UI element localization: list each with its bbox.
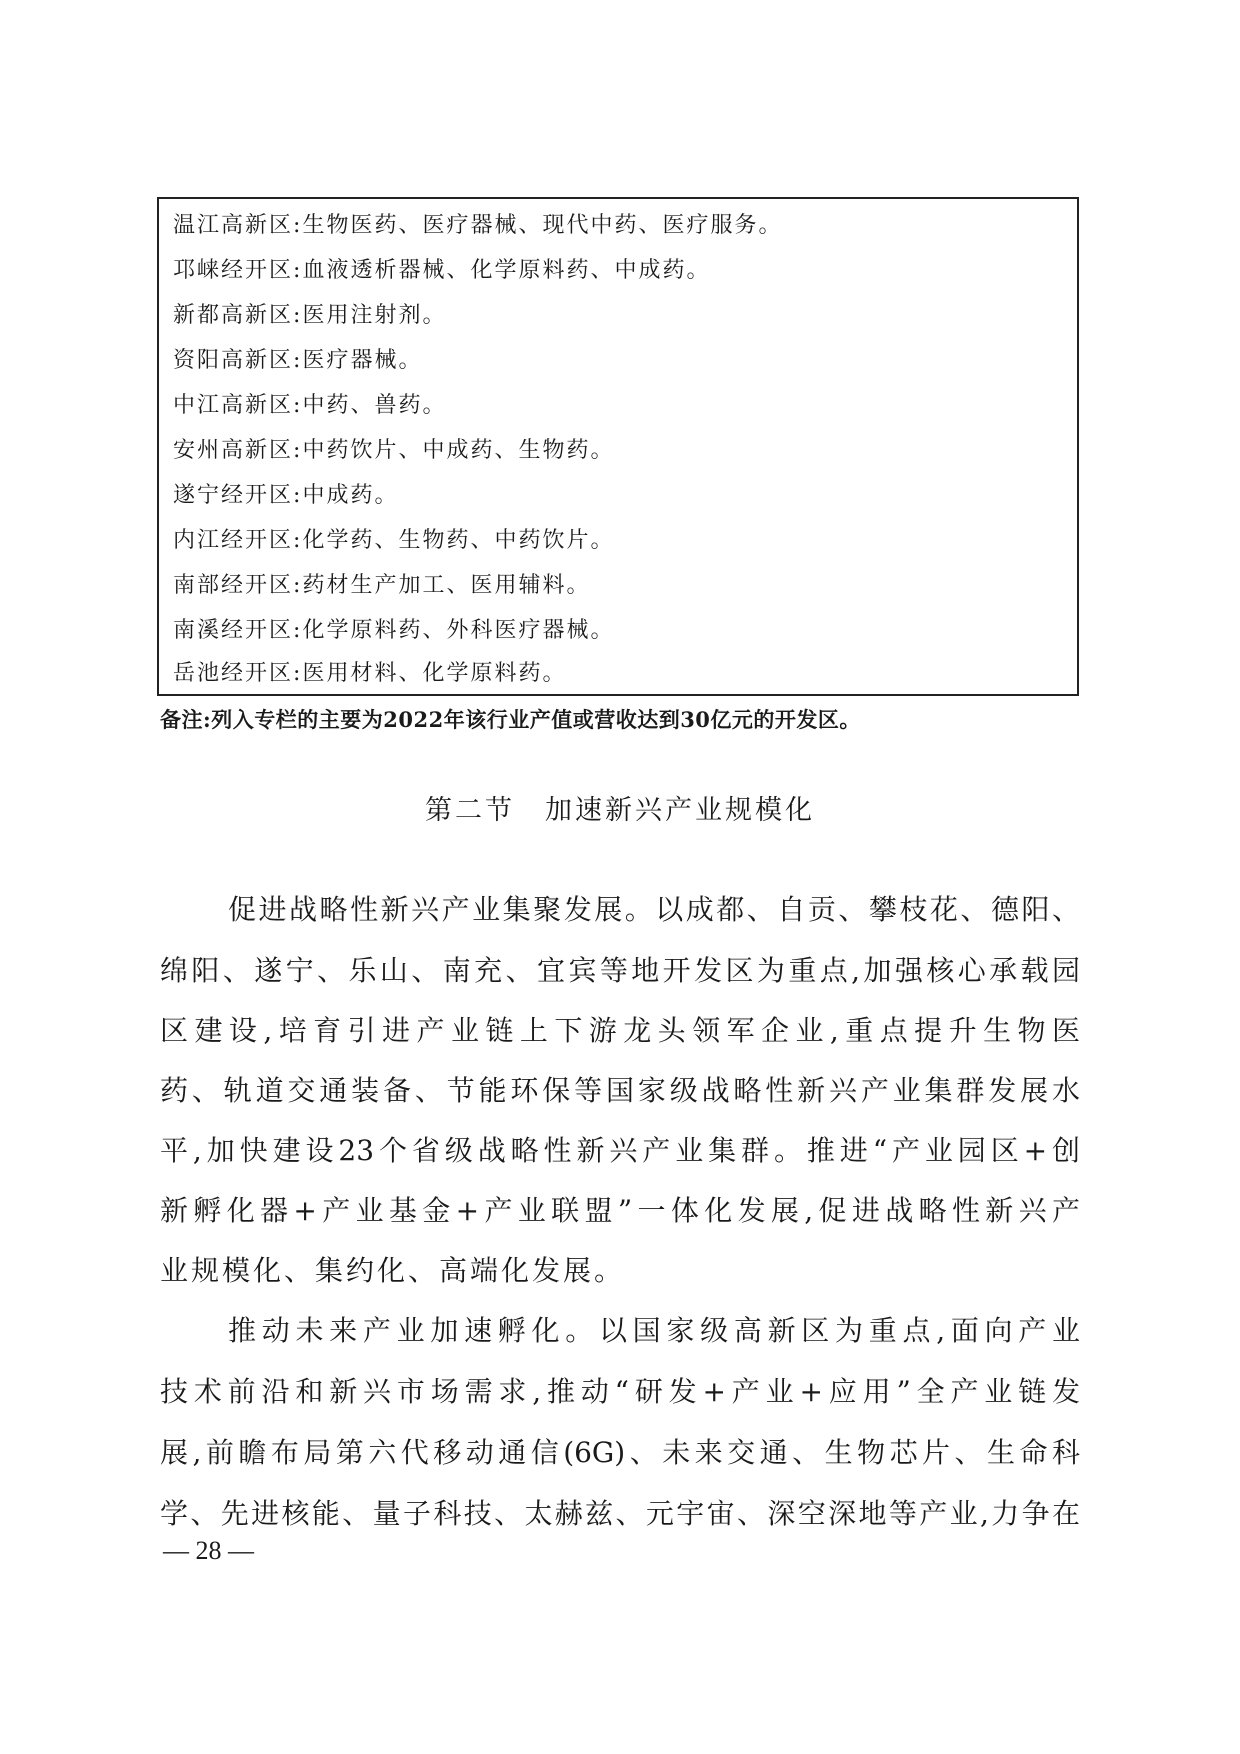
- paragraph-line: 新孵化器+产业基金+产业联盟”一体化发展,促进战略性新兴产: [160, 1193, 1080, 1229]
- zone-industries: 生物医药、医疗器械、现代中药、医疗服务。: [302, 213, 782, 238]
- paragraph-line: 业规模化、集约化、高端化发展。: [160, 1253, 1080, 1289]
- paragraph-line: 学、先进核能、量子科技、太赫兹、元宇宙、深空深地等产业,力争在: [160, 1496, 1080, 1532]
- box-row: 岳池经开区:医用材料、化学原料药。: [173, 659, 566, 689]
- zone-name: 中江高新区: [173, 393, 293, 418]
- section-heading: 第二节 加速新兴产业规模化: [0, 788, 1240, 827]
- zone-name: 邛崃经开区: [173, 258, 293, 283]
- zone-industries: 化学原料药、外科医疗器械。: [302, 618, 614, 643]
- box-note: 备注:列入专栏的主要为2022年该行业产值或营收达到30亿元的开发区。: [160, 704, 861, 734]
- zone-name: 内江经开区: [173, 528, 293, 553]
- box-row: 安州高新区:中药饮片、中成药、生物药。: [173, 436, 614, 466]
- zone-name: 新都高新区: [173, 303, 293, 328]
- zone-industries: 医用注射剂。: [302, 303, 446, 328]
- box-row: 新都高新区:医用注射剂。: [173, 301, 446, 331]
- zone-industries: 化学药、生物药、中药饮片。: [302, 528, 614, 553]
- box-row: 南部经开区:药材生产加工、医用辅料。: [173, 571, 590, 601]
- box-row: 中江高新区:中药、兽药。: [173, 391, 446, 421]
- zone-name: 岳池经开区: [173, 661, 293, 686]
- paragraph-line: 推动未来产业加速孵化。以国家级高新区为重点,面向产业: [228, 1313, 1080, 1349]
- zone-name: 资阳高新区: [173, 348, 293, 373]
- box-row: 资阳高新区:医疗器械。: [173, 346, 422, 376]
- paragraph-line: 绵阳、遂宁、乐山、南充、宜宾等地开发区为重点,加强核心承载园: [160, 953, 1080, 989]
- zone-industries: 医疗器械。: [302, 348, 422, 373]
- box-row: 内江经开区:化学药、生物药、中药饮片。: [173, 526, 614, 556]
- page-number: — 28 —: [163, 1536, 254, 1566]
- zone-industries: 中成药。: [302, 483, 398, 508]
- zone-industries: 药材生产加工、医用辅料。: [302, 573, 590, 598]
- zone-name: 南部经开区: [173, 573, 293, 598]
- box-row: 温江高新区:生物医药、医疗器械、现代中药、医疗服务。: [173, 211, 782, 241]
- zone-name: 遂宁经开区: [173, 483, 293, 508]
- paragraph-line: 药、轨道交通装备、节能环保等国家级战略性新兴产业集群发展水: [160, 1073, 1080, 1109]
- zone-industries: 中药、兽药。: [302, 393, 446, 418]
- zone-industries: 医用材料、化学原料药。: [302, 661, 566, 686]
- paragraph-line: 区建设,培育引进产业链上下游龙头领军企业,重点提升生物医: [160, 1013, 1080, 1049]
- box-row: 邛崃经开区:血液透析器械、化学原料药、中成药。: [173, 256, 710, 286]
- paragraph-line: 促进战略性新兴产业集聚发展。以成都、自贡、攀枝花、德阳、: [228, 892, 1080, 928]
- zone-name: 温江高新区: [173, 213, 293, 238]
- zone-industries: 血液透析器械、化学原料药、中成药。: [302, 258, 710, 283]
- zone-name: 安州高新区: [173, 438, 293, 463]
- box-row: 南溪经开区:化学原料药、外科医疗器械。: [173, 616, 614, 646]
- box-row: 遂宁经开区:中成药。: [173, 481, 398, 511]
- paragraph-line: 平,加快建设23个省级战略性新兴产业集群。推进“产业园区+创: [160, 1133, 1080, 1169]
- development-zone-box: 温江高新区:生物医药、医疗器械、现代中药、医疗服务。 邛崃经开区:血液透析器械、…: [157, 197, 1079, 696]
- paragraph-line: 技术前沿和新兴市场需求,推动“研发+产业+应用”全产业链发: [160, 1374, 1080, 1410]
- paragraph-line: 展,前瞻布局第六代移动通信(6G)、未来交通、生物芯片、生命科: [160, 1435, 1080, 1471]
- zone-industries: 中药饮片、中成药、生物药。: [302, 438, 614, 463]
- zone-name: 南溪经开区: [173, 618, 293, 643]
